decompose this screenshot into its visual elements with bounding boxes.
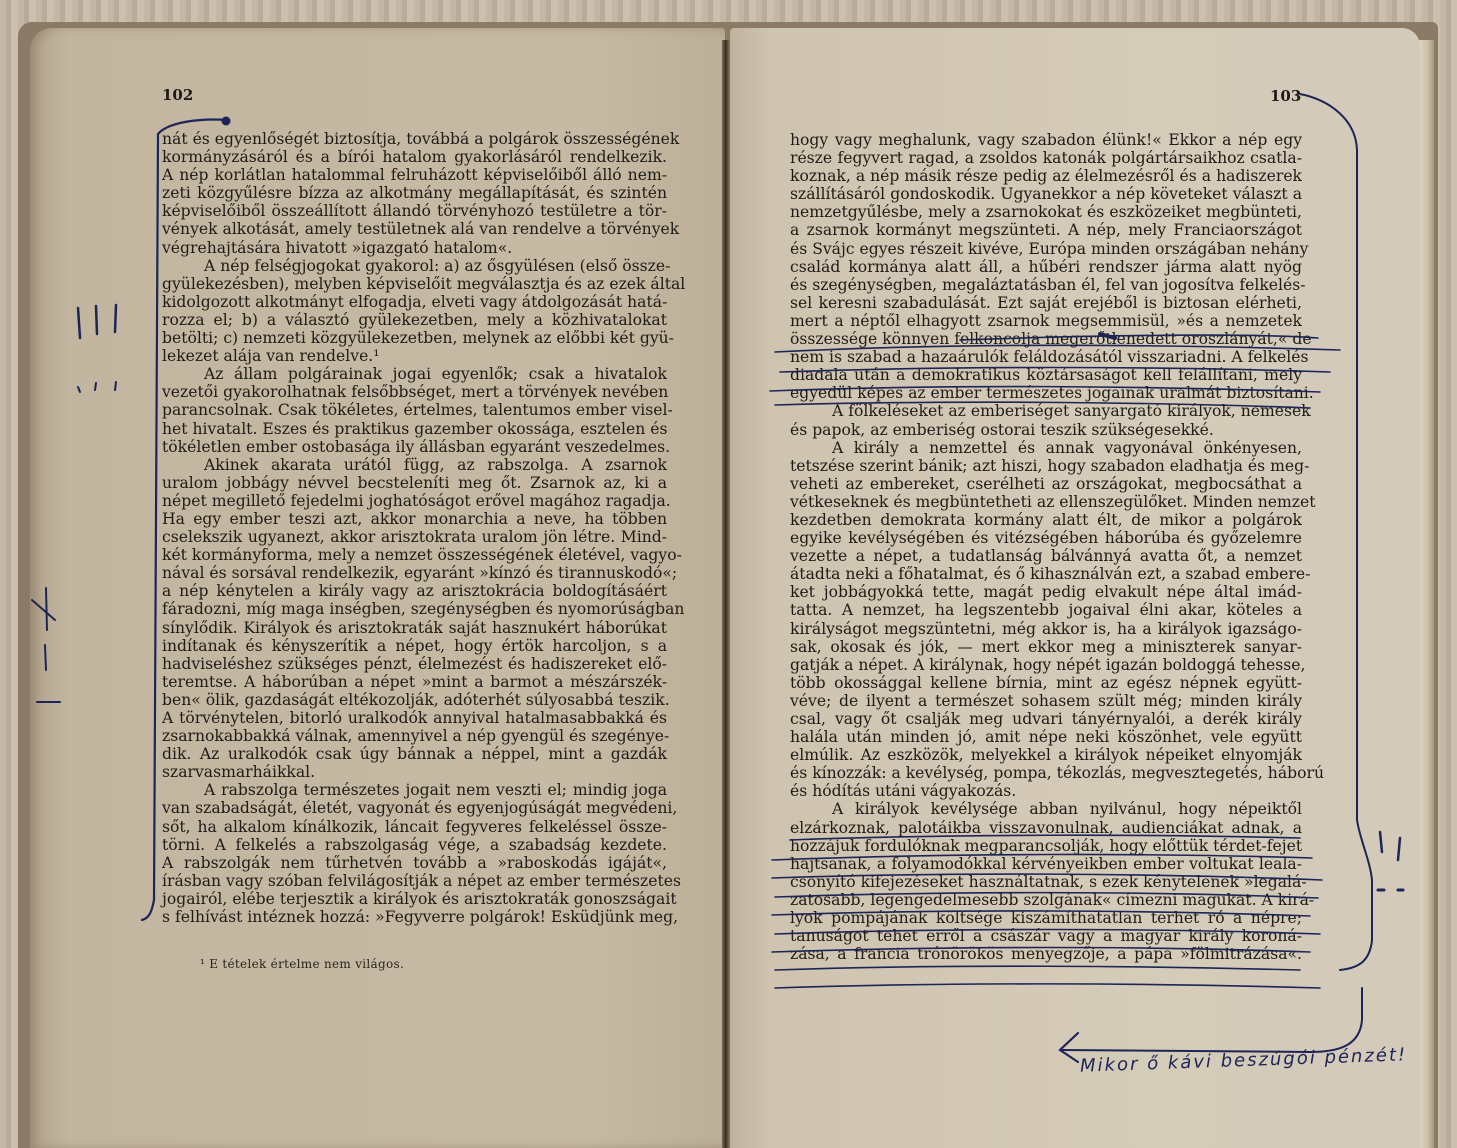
text-line: gyülekezésben), melyben képviselőit megv… xyxy=(162,275,667,293)
text-line: kezdetben demokrata kormány alatt élt, d… xyxy=(790,511,1302,529)
text-line: szarvasmarháikkal. xyxy=(162,763,667,781)
text-line: nát és egyenlőségét biztosítja, továbbá … xyxy=(162,130,667,148)
page-stack-edge xyxy=(1418,40,1434,1148)
text-line: végrehajtására hivatott »igazgató hatalo… xyxy=(162,239,667,257)
text-line: koznak, a nép másik része pedig az élelm… xyxy=(790,167,1302,185)
text-line: sak, okosak és jók, — mert ekkor meg a m… xyxy=(790,638,1302,656)
text-line: jogairól, elébe terjesztik a királyok és… xyxy=(162,890,667,908)
text-line: lekezet alája van rendelve.¹ xyxy=(162,347,667,365)
text-line: A királyok kevélysége abban nyilvánul, h… xyxy=(790,800,1302,818)
text-line: része fegyvert ragad, a zsoldos katonák … xyxy=(790,149,1302,167)
text-line: több okossággal kellene bírnia, mint az … xyxy=(790,674,1302,692)
text-line: tatta. A nemzet, ha legszentebb jogaival… xyxy=(790,601,1302,619)
text-line: két kormányforma, mely a nemzet összessé… xyxy=(162,546,667,564)
text-line: egyike kevélységében és vitézségében háb… xyxy=(790,529,1302,547)
text-line: uralom jobbágy névvel becsteleníti meg ő… xyxy=(162,474,667,492)
text-line: tetszése szerint bánik; azt hiszi, hogy … xyxy=(790,457,1302,475)
text-line: a zsarnok kormányt megszünteti. A nép, m… xyxy=(790,221,1302,239)
text-line: Az állam polgárainak jogai egyenlők; csa… xyxy=(162,365,667,383)
text-line: fáradozni, míg maga inségben, szegénység… xyxy=(162,600,667,618)
text-line: vények alkotását, amely testületnek alá … xyxy=(162,220,667,238)
text-line: hozzájuk fordulóknak megparancsolják, ho… xyxy=(790,837,1302,855)
text-line: elmúlik. Az eszközök, melyekkel a király… xyxy=(790,746,1302,764)
text-line: kidolgozott alkotmányt elfogadja, elveti… xyxy=(162,293,667,311)
text-line: kormányzásáról és a bírói hatalom gyakor… xyxy=(162,148,667,166)
text-line: ket jobbágyokká tette, magát pedig elvak… xyxy=(790,583,1302,601)
text-line: vezette a népet, a tudatlanság bálvánnyá… xyxy=(790,547,1302,565)
right-page-text: hogy vagy meghalunk, vagy szabadon élünk… xyxy=(790,131,1302,963)
text-line: teremtse. A háborúban a népet »mint a ba… xyxy=(162,673,667,691)
text-line: és hódítás utáni vágyakozás. xyxy=(790,782,1302,800)
text-line: képviselőiből összeállított állandó törv… xyxy=(162,202,667,220)
text-line: het hivatalt. Eszes és praktikus gazembe… xyxy=(162,420,667,438)
text-line: Akinek akarata urától függ, az rabszolga… xyxy=(162,456,667,474)
text-line: és papok, az emberiség ostorai teszik sz… xyxy=(790,421,1302,439)
page-number-right: 103 xyxy=(1270,87,1301,105)
text-line: zatosabb, legengedelmesebb szolgának« cí… xyxy=(790,891,1302,909)
text-line: betölti; c) nemzeti közgyülekezetben, me… xyxy=(162,329,667,347)
text-line: nem is szabad a hazaárulók feláldozásátó… xyxy=(790,348,1302,366)
text-line: zása, a francia trónörökös menyegzője, a… xyxy=(790,945,1302,963)
text-line: nával és sorsával rendelkezik, egyaránt … xyxy=(162,564,667,582)
text-line: sőt, ha alkalom kínálkozik, láncait fegy… xyxy=(162,818,667,836)
text-line: törni. A felkelés a rabszolgaság vége, a… xyxy=(162,836,667,854)
text-line: zeti közgyűlésre bízza az alkotmány megá… xyxy=(162,184,667,202)
text-line: hadviseléshez szükséges pénzt, élelmezés… xyxy=(162,655,667,673)
text-line: s felhívást intéznek hozzá: »Fegyverre p… xyxy=(162,908,667,926)
text-line: A törvénytelen, bitorló uralkodók annyiv… xyxy=(162,709,667,727)
text-line: ben« ölik, gazdaságát eltékozolják, adót… xyxy=(162,691,667,709)
text-line: A rabszolga természetes jogait nem veszt… xyxy=(162,781,667,799)
footnote: ¹ E tételek értelme nem világos. xyxy=(200,957,404,971)
text-line: átadta neki a főhatalmat, és ő kihasznál… xyxy=(790,565,1302,583)
text-line: hogy vagy meghalunk, vagy szabadon élünk… xyxy=(790,131,1302,149)
text-line: mert a néptől elhagyott zsarnok megsemmi… xyxy=(790,312,1302,330)
text-line: tökéletlen ember ostobasága ily állásban… xyxy=(162,438,667,456)
text-line: vezetői gyakorolhatnak felsőbbséget, mer… xyxy=(162,383,667,401)
text-line: csonyító kifejezéseket használtatnak, s … xyxy=(790,873,1302,891)
text-line: halála után minden jó, amit népe neki kö… xyxy=(790,728,1302,746)
text-line: rozza el; b) a választó gyülekezetben, m… xyxy=(162,311,667,329)
text-line: elzárkoznak, palotáikba visszavonulnak, … xyxy=(790,819,1302,837)
text-line: zsarnokabbakká válnak, amennyivel a nép … xyxy=(162,727,667,745)
text-line: veheti az embereket, cserélheti az orszá… xyxy=(790,475,1302,493)
text-line: sínylődik. Királyok és arisztokraták saj… xyxy=(162,619,667,637)
text-line: Ha egy ember teszi azt, akkor monarchia … xyxy=(162,510,667,528)
text-line: A nép felségjogokat gyakorol: a) az ősgy… xyxy=(162,257,667,275)
text-line: véve; de ilyent a természet sohasem szül… xyxy=(790,692,1302,710)
text-line: vétkeseknek és megbüntetheti az ellensze… xyxy=(790,493,1302,511)
text-line: és Svájc egyes részeit kivéve, Európa mi… xyxy=(790,240,1302,258)
text-line: hajtsanak, a folyamodókkal kérvényeikben… xyxy=(790,855,1302,873)
text-line: összessége könnyen felkoncolja megerőtle… xyxy=(790,330,1302,348)
text-line: A nép korlátlan hatalommal felruházott k… xyxy=(162,166,667,184)
text-line: dik. Az uralkodók csak úgy bánnak a népp… xyxy=(162,745,667,763)
text-line: és szegénységben, megaláztatásban él, fe… xyxy=(790,276,1302,294)
left-page-text: nát és egyenlőségét biztosítja, továbbá … xyxy=(162,130,667,926)
text-line: tanuságot tehet erről a császár vagy a m… xyxy=(790,927,1302,945)
text-line: a nép kénytelen a király vagy az ariszto… xyxy=(162,582,667,600)
text-line: lyok pompájának költsége kiszámíthatatla… xyxy=(790,909,1302,927)
text-line: szállításáról gondoskodik. Ugyanekkor a … xyxy=(790,185,1302,203)
text-line: sel keresni szabadulását. Ezt saját erej… xyxy=(790,294,1302,312)
text-line: cselekszik ugyanezt, akkor arisztokrata … xyxy=(162,528,667,546)
text-line: parancsolnak. Csak tökéletes, értelmes, … xyxy=(162,401,667,419)
book-gutter xyxy=(722,40,730,1148)
text-line: A király a nemzettel és annak vagyonával… xyxy=(790,439,1302,457)
text-line: gatják a népet. A királynak, hogy népét … xyxy=(790,656,1302,674)
text-line: A rabszolgák nem tűrhetvén tovább a »rab… xyxy=(162,854,667,872)
text-line: indítanak és kényszerítik a népet, hogy … xyxy=(162,637,667,655)
text-line: írásban vagy szóban felvilágosítják a né… xyxy=(162,872,667,890)
text-line: népet megillető fejedelmi joghatóságot e… xyxy=(162,492,667,510)
text-line: nemzetgyűlésbe, mely a zsarnokokat és es… xyxy=(790,203,1302,221)
text-line: diadala után a demokratikus köztársaságo… xyxy=(790,366,1302,384)
text-line: és kínozzák: a kevélység, pompa, tékozlá… xyxy=(790,764,1302,782)
text-line: egyedül képes az ember természetes jogai… xyxy=(790,384,1302,402)
text-line: csal, vagy őt csalják meg udvari tányérn… xyxy=(790,710,1302,728)
text-line: van szabadságát, életét, vagyonát és egy… xyxy=(162,799,667,817)
text-line: A fölkeléseket az emberiséget sanyargató… xyxy=(790,402,1302,420)
text-line: királyságot megszüntetni, még akkor is, … xyxy=(790,620,1302,638)
page-number-left: 102 xyxy=(162,86,193,104)
text-line: család kormánya alatt áll, a hűbéri rend… xyxy=(790,258,1302,276)
